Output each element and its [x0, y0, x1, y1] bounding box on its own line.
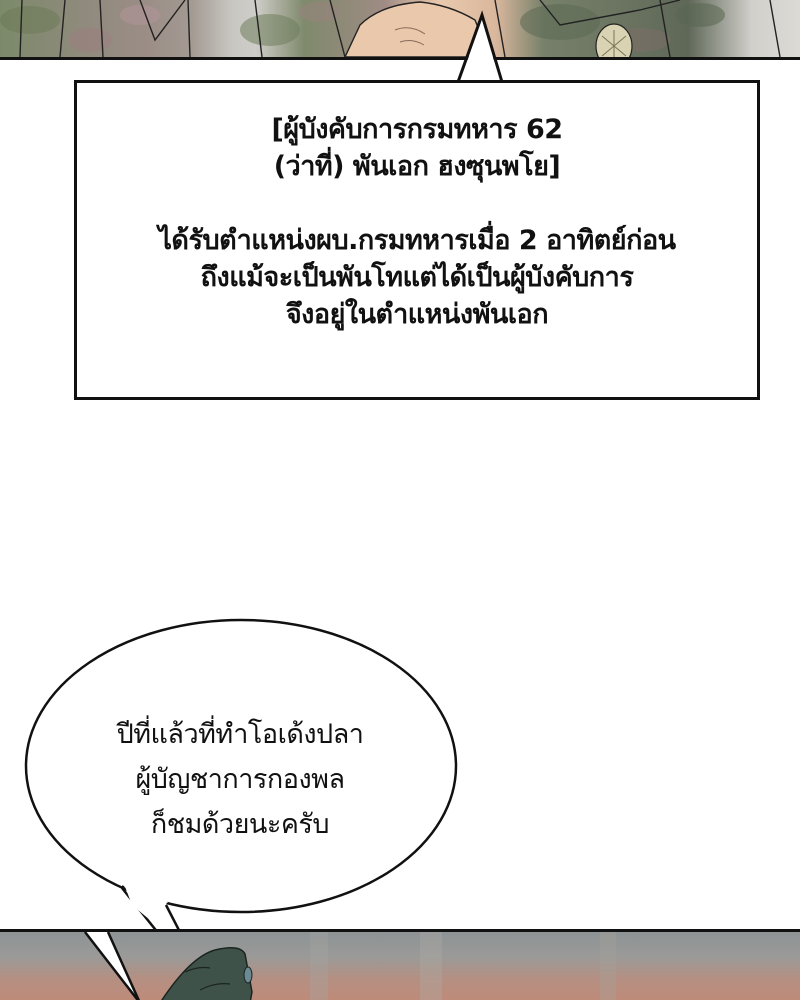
bottom-comic-panel [0, 929, 800, 1000]
helmet-artwork [0, 932, 800, 1000]
dialogue-line: ก็ชมด้วยนะครับ [151, 802, 329, 847]
dialogue-line: ผู้บัญชาการกองพล [135, 757, 344, 802]
speech-bubble: ปีที่แล้วที่ทำโอเด้งปลา ผู้บัญชาการกองพล… [30, 712, 450, 847]
caption-title-line: [ผู้บังคับการกรมทหาร 62 [271, 111, 562, 148]
dialogue-line: ปีที่แล้วที่ทำโอเด้งปลา [117, 712, 364, 757]
helmet-icon [160, 948, 252, 1000]
top-comic-panel [0, 0, 800, 60]
caption-title-line: (ว่าที่) พันเอก ฮงซุนพโย] [274, 148, 561, 185]
soldiers-artwork [0, 0, 800, 57]
caption-body-line: จึงอยู่ในตำแหน่งพันเอก [286, 296, 548, 333]
caption-body-line: ได้รับตำแหน่งผบ.กรมทหารเมื่อ 2 อาทิตย์ก่… [158, 222, 675, 259]
narration-caption-box: [ผู้บังคับการกรมทหาร 62 (ว่าที่) พันเอก … [74, 80, 760, 400]
caption-body-line: ถึงแม้จะเป็นพันโทแต่ได้เป็นผู้บังคับการ [201, 259, 634, 296]
